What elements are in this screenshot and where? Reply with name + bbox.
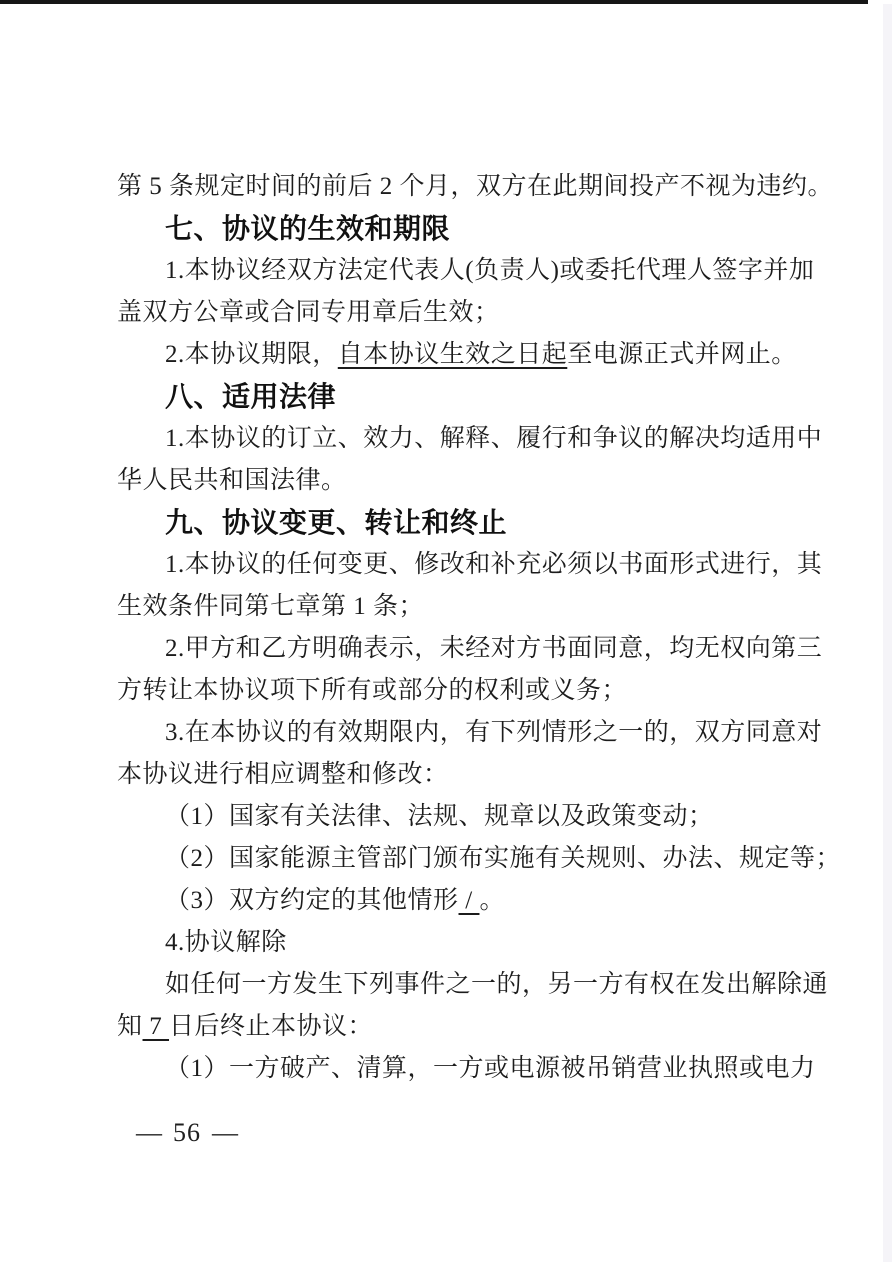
fill-in-blank-underlined: 自本协议生效之日起	[338, 341, 568, 368]
text-segment: 2.甲方和乙方明确表示，未经对方书面同意，均无权向第三	[165, 635, 822, 662]
text-segment: 4.协议解除	[165, 929, 287, 956]
document-body: 第 5 条规定时间的前后 2 个月，双方在此期间投产不视为违约。七、协议的生效和…	[117, 166, 807, 1090]
text-segment: 方转让本协议项下所有或部分的权利或义务；	[117, 677, 627, 704]
page-number: 56	[173, 1118, 201, 1148]
text-line: 2.本协议期限，自本协议生效之日起至电源正式并网止。	[117, 334, 807, 376]
footer-dash-left: —	[136, 1118, 162, 1148]
scan-top-edge	[0, 0, 868, 4]
heading-line: 七、协议的生效和期限	[117, 208, 807, 250]
text-segment: 华人民共和国法律。	[117, 467, 347, 494]
text-segment: 生效条件同第七章第 1 条；	[117, 593, 424, 620]
heading-line: 八、适用法律	[117, 376, 807, 418]
text-line: 1.本协议的任何变更、修改和补充必须以书面形式进行，其	[117, 544, 807, 586]
text-line: 1.本协议经双方法定代表人(负责人)或委托代理人签字并加	[117, 250, 807, 292]
text-line: （1）国家有关法律、法规、规章以及政策变动；	[117, 796, 807, 838]
text-segment: （3）双方约定的其他情形	[165, 887, 459, 914]
fill-in-blank-underlined: /	[459, 887, 480, 914]
text-line: （2）国家能源主管部门颁布实施有关规则、办法、规定等；	[117, 838, 807, 880]
text-segment: 如任何一方发生下列事件之一的，另一方有权在发出解除通	[165, 971, 828, 998]
text-line: 4.协议解除	[117, 922, 807, 964]
text-segment: 1.本协议经双方法定代表人(负责人)或委托代理人签字并加	[165, 257, 814, 284]
text-segment: 至电源正式并网止。	[567, 341, 797, 368]
text-line: 1.本协议的订立、效力、解释、履行和争议的解决均适用中	[117, 418, 807, 460]
footer-dash-right: —	[212, 1118, 238, 1148]
text-segment: 九、协议变更、转让和终止	[165, 507, 507, 538]
text-line: 生效条件同第七章第 1 条；	[117, 586, 807, 628]
text-segment: 知	[117, 1013, 143, 1040]
text-line: 方转让本协议项下所有或部分的权利或义务；	[117, 670, 807, 712]
text-line: （1）一方破产、清算，一方或电源被吊销营业执照或电力	[117, 1048, 807, 1090]
text-segment: （2）国家能源主管部门颁布实施有关规则、办法、规定等；	[165, 845, 841, 872]
text-line: 盖双方公章或合同专用章后生效；	[117, 292, 807, 334]
text-segment: 七、协议的生效和期限	[165, 213, 450, 244]
text-segment: 第 5 条规定时间的前后 2 个月，双方在此期间投产不视为违约。	[117, 173, 833, 200]
text-segment: 2.本协议期限，	[165, 341, 338, 368]
text-line: 2.甲方和乙方明确表示，未经对方书面同意，均无权向第三	[117, 628, 807, 670]
text-line: （3）双方约定的其他情形 / 。	[117, 880, 807, 922]
heading-line: 九、协议变更、转让和终止	[117, 502, 807, 544]
text-segment: 1.本协议的任何变更、修改和补充必须以书面形式进行，其	[165, 551, 822, 578]
text-segment: 1.本协议的订立、效力、解释、履行和争议的解决均适用中	[165, 425, 822, 452]
text-line: 3.在本协议的有效期限内，有下列情形之一的，双方同意对	[117, 712, 807, 754]
text-line: 如任何一方发生下列事件之一的，另一方有权在发出解除通	[117, 964, 807, 1006]
text-segment: 本协议进行相应调整和修改：	[117, 761, 449, 788]
text-line: 第 5 条规定时间的前后 2 个月，双方在此期间投产不视为违约。	[117, 166, 807, 208]
text-segment: 日后终止本协议：	[169, 1013, 373, 1040]
text-segment: 盖双方公章或合同专用章后生效；	[117, 299, 500, 326]
scanned-document-page: 第 5 条规定时间的前后 2 个月，双方在此期间投产不视为违约。七、协议的生效和…	[0, 0, 892, 1262]
fill-in-blank-underlined: 7	[143, 1013, 170, 1040]
scan-right-edge	[883, 4, 892, 1262]
page-footer: — 56 —	[136, 1118, 238, 1148]
text-line: 知 7 日后终止本协议：	[117, 1006, 807, 1048]
text-line: 本协议进行相应调整和修改：	[117, 754, 807, 796]
text-segment: （1）国家有关法律、法规、规章以及政策变动；	[165, 803, 714, 830]
text-segment: （1）一方破产、清算，一方或电源被吊销营业执照或电力	[165, 1055, 816, 1082]
text-segment: 。	[479, 887, 505, 914]
text-line: 华人民共和国法律。	[117, 460, 807, 502]
text-segment: 八、适用法律	[165, 381, 336, 412]
text-segment: 3.在本协议的有效期限内，有下列情形之一的，双方同意对	[165, 719, 822, 746]
